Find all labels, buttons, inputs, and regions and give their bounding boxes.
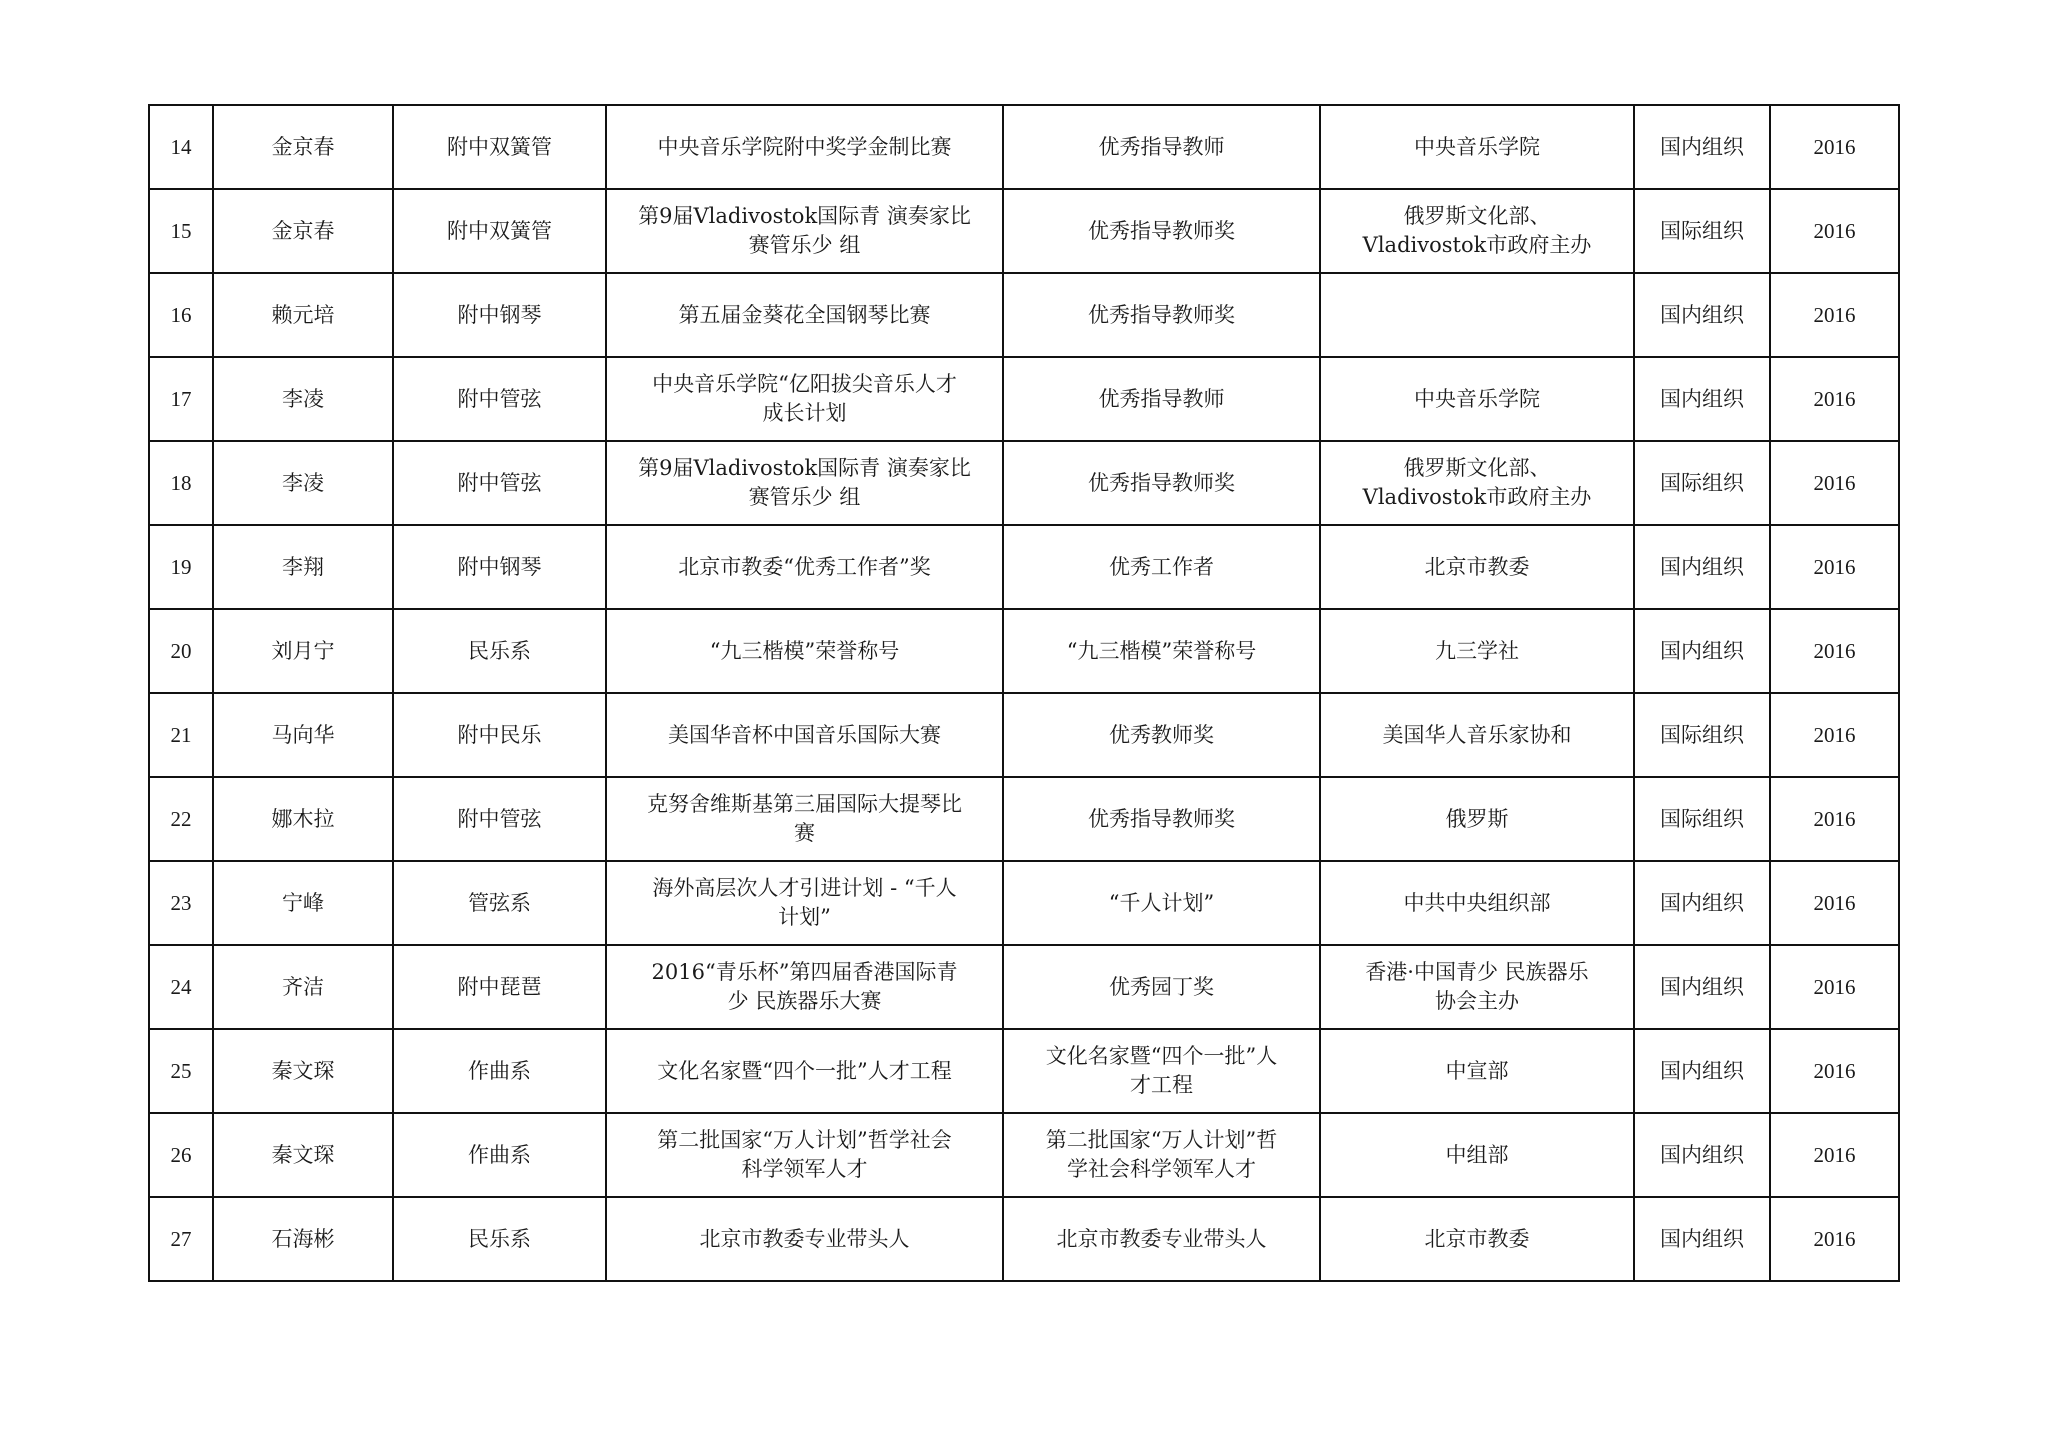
organizer: 俄罗斯: [1320, 777, 1634, 861]
row-number: 22: [149, 777, 213, 861]
organizer: 中央音乐学院: [1320, 357, 1634, 441]
row-number: 14: [149, 105, 213, 189]
department: 附中双簧管: [393, 105, 606, 189]
teacher-name: 秦文琛: [213, 1029, 393, 1113]
teacher-name: 娜木拉: [213, 777, 393, 861]
organization-level: 国际组织: [1634, 777, 1770, 861]
organizer: 俄罗斯文化部、 Vladivostok市政府主办: [1320, 441, 1634, 525]
teacher-name: 齐洁: [213, 945, 393, 1029]
teacher-name: 金京春: [213, 189, 393, 273]
organizer: 俄罗斯文化部、 Vladivostok市政府主办: [1320, 189, 1634, 273]
organizer: 美国华人音乐家协和: [1320, 693, 1634, 777]
table-row: 17 李凌 附中管弦 中央音乐学院“亿阳拔尖音乐人才 成长计划 优秀指导教师 中…: [149, 357, 1899, 441]
table-row: 16 赖元培 附中钢琴 第五届金葵花全国钢琴比赛 优秀指导教师奖 国内组织 20…: [149, 273, 1899, 357]
organization-level: 国际组织: [1634, 441, 1770, 525]
event-name: 北京市教委“优秀工作者”奖: [606, 525, 1003, 609]
award-title: 优秀指导教师奖: [1003, 273, 1320, 357]
award-year: 2016: [1770, 273, 1899, 357]
award-title: 优秀教师奖: [1003, 693, 1320, 777]
award-title: 优秀园丁奖: [1003, 945, 1320, 1029]
table-row: 21 马向华 附中民乐 美国华音杯中国音乐国际大赛 优秀教师奖 美国华人音乐家协…: [149, 693, 1899, 777]
organization-level: 国内组织: [1634, 273, 1770, 357]
award-year: 2016: [1770, 1029, 1899, 1113]
award-year: 2016: [1770, 1197, 1899, 1281]
teacher-name: 秦文琛: [213, 1113, 393, 1197]
event-name: 2016“青乐杯”第四届香港国际青 少 民族器乐大赛: [606, 945, 1003, 1029]
organization-level: 国内组织: [1634, 1029, 1770, 1113]
department: 作曲系: [393, 1029, 606, 1113]
organization-level: 国内组织: [1634, 1113, 1770, 1197]
event-name: 中央音乐学院“亿阳拔尖音乐人才 成长计划: [606, 357, 1003, 441]
teacher-name: 李凌: [213, 441, 393, 525]
award-year: 2016: [1770, 357, 1899, 441]
table-row: 23 宁峰 管弦系 海外高层次人才引进计划 - “千人 计划” “千人计划” 中…: [149, 861, 1899, 945]
department: 附中琵琶: [393, 945, 606, 1029]
event-name: 第五届金葵花全国钢琴比赛: [606, 273, 1003, 357]
teacher-name: 赖元培: [213, 273, 393, 357]
teacher-name: 石海彬: [213, 1197, 393, 1281]
department: 民乐系: [393, 1197, 606, 1281]
row-number: 23: [149, 861, 213, 945]
award-title: 优秀指导教师奖: [1003, 441, 1320, 525]
award-year: 2016: [1770, 777, 1899, 861]
organizer: 北京市教委: [1320, 1197, 1634, 1281]
award-title: 北京市教委专业带头人: [1003, 1197, 1320, 1281]
row-number: 25: [149, 1029, 213, 1113]
award-year: 2016: [1770, 189, 1899, 273]
row-number: 18: [149, 441, 213, 525]
organization-level: 国内组织: [1634, 357, 1770, 441]
organizer: 中央音乐学院: [1320, 105, 1634, 189]
department: 附中钢琴: [393, 525, 606, 609]
table-row: 26 秦文琛 作曲系 第二批国家“万人计划”哲学社会 科学领军人才 第二批国家“…: [149, 1113, 1899, 1197]
award-year: 2016: [1770, 861, 1899, 945]
award-year: 2016: [1770, 441, 1899, 525]
department: 管弦系: [393, 861, 606, 945]
row-number: 20: [149, 609, 213, 693]
row-number: 24: [149, 945, 213, 1029]
event-name: 中央音乐学院附中奖学金制比赛: [606, 105, 1003, 189]
organization-level: 国内组织: [1634, 1197, 1770, 1281]
row-number: 16: [149, 273, 213, 357]
event-name: 第二批国家“万人计划”哲学社会 科学领军人才: [606, 1113, 1003, 1197]
event-name: 文化名家暨“四个一批”人才工程: [606, 1029, 1003, 1113]
row-number: 17: [149, 357, 213, 441]
award-year: 2016: [1770, 105, 1899, 189]
department: 附中双簧管: [393, 189, 606, 273]
row-number: 26: [149, 1113, 213, 1197]
department: 附中管弦: [393, 441, 606, 525]
department: 民乐系: [393, 609, 606, 693]
award-title: “九三楷模”荣誉称号: [1003, 609, 1320, 693]
award-year: 2016: [1770, 945, 1899, 1029]
organizer: 中共中央组织部: [1320, 861, 1634, 945]
award-title: 优秀指导教师: [1003, 105, 1320, 189]
table-row: 22 娜木拉 附中管弦 克努舍维斯基第三届国际大提琴比 赛 优秀指导教师奖 俄罗…: [149, 777, 1899, 861]
award-year: 2016: [1770, 525, 1899, 609]
award-year: 2016: [1770, 609, 1899, 693]
table-row: 15 金京春 附中双簧管 第9届Vladivostok国际青 演奏家比 赛管乐少…: [149, 189, 1899, 273]
organizer: [1320, 273, 1634, 357]
table-row: 24 齐洁 附中琵琶 2016“青乐杯”第四届香港国际青 少 民族器乐大赛 优秀…: [149, 945, 1899, 1029]
row-number: 21: [149, 693, 213, 777]
table-row: 14 金京春 附中双簧管 中央音乐学院附中奖学金制比赛 优秀指导教师 中央音乐学…: [149, 105, 1899, 189]
table-row: 18 李凌 附中管弦 第9届Vladivostok国际青 演奏家比 赛管乐少 组…: [149, 441, 1899, 525]
award-year: 2016: [1770, 693, 1899, 777]
event-name: “九三楷模”荣誉称号: [606, 609, 1003, 693]
organizer: 北京市教委: [1320, 525, 1634, 609]
table-row: 19 李翔 附中钢琴 北京市教委“优秀工作者”奖 优秀工作者 北京市教委 国内组…: [149, 525, 1899, 609]
event-name: 北京市教委专业带头人: [606, 1197, 1003, 1281]
department: 附中钢琴: [393, 273, 606, 357]
teacher-name: 马向华: [213, 693, 393, 777]
department: 附中管弦: [393, 777, 606, 861]
awards-table-body: 14 金京春 附中双簧管 中央音乐学院附中奖学金制比赛 优秀指导教师 中央音乐学…: [149, 105, 1899, 1281]
award-title: 优秀指导教师: [1003, 357, 1320, 441]
table-row: 20 刘月宁 民乐系 “九三楷模”荣誉称号 “九三楷模”荣誉称号 九三学社 国内…: [149, 609, 1899, 693]
teacher-name: 宁峰: [213, 861, 393, 945]
organizer: 九三学社: [1320, 609, 1634, 693]
event-name: 克努舍维斯基第三届国际大提琴比 赛: [606, 777, 1003, 861]
award-title: 优秀指导教师奖: [1003, 189, 1320, 273]
event-name: 第9届Vladivostok国际青 演奏家比 赛管乐少 组: [606, 189, 1003, 273]
teacher-name: 刘月宁: [213, 609, 393, 693]
organizer: 香港·中国青少 民族器乐 协会主办: [1320, 945, 1634, 1029]
teacher-name: 李凌: [213, 357, 393, 441]
row-number: 15: [149, 189, 213, 273]
table-row: 25 秦文琛 作曲系 文化名家暨“四个一批”人才工程 文化名家暨“四个一批”人 …: [149, 1029, 1899, 1113]
organization-level: 国内组织: [1634, 105, 1770, 189]
organization-level: 国内组织: [1634, 945, 1770, 1029]
award-title: 优秀工作者: [1003, 525, 1320, 609]
organization-level: 国内组织: [1634, 861, 1770, 945]
organizer: 中宣部: [1320, 1029, 1634, 1113]
department: 附中民乐: [393, 693, 606, 777]
organization-level: 国际组织: [1634, 693, 1770, 777]
award-year: 2016: [1770, 1113, 1899, 1197]
event-name: 海外高层次人才引进计划 - “千人 计划”: [606, 861, 1003, 945]
teacher-name: 李翔: [213, 525, 393, 609]
department: 作曲系: [393, 1113, 606, 1197]
award-title: “千人计划”: [1003, 861, 1320, 945]
row-number: 19: [149, 525, 213, 609]
table-row: 27 石海彬 民乐系 北京市教委专业带头人 北京市教委专业带头人 北京市教委 国…: [149, 1197, 1899, 1281]
award-title: 优秀指导教师奖: [1003, 777, 1320, 861]
department: 附中管弦: [393, 357, 606, 441]
organizer: 中组部: [1320, 1113, 1634, 1197]
event-name: 美国华音杯中国音乐国际大赛: [606, 693, 1003, 777]
awards-table: 14 金京春 附中双簧管 中央音乐学院附中奖学金制比赛 优秀指导教师 中央音乐学…: [148, 104, 1900, 1282]
organization-level: 国内组织: [1634, 525, 1770, 609]
row-number: 27: [149, 1197, 213, 1281]
event-name: 第9届Vladivostok国际青 演奏家比 赛管乐少 组: [606, 441, 1003, 525]
award-title: 第二批国家“万人计划”哲 学社会科学领军人才: [1003, 1113, 1320, 1197]
organization-level: 国内组织: [1634, 609, 1770, 693]
award-title: 文化名家暨“四个一批”人 才工程: [1003, 1029, 1320, 1113]
document-page: 14 金京春 附中双簧管 中央音乐学院附中奖学金制比赛 优秀指导教师 中央音乐学…: [0, 0, 2048, 1449]
teacher-name: 金京春: [213, 105, 393, 189]
organization-level: 国际组织: [1634, 189, 1770, 273]
